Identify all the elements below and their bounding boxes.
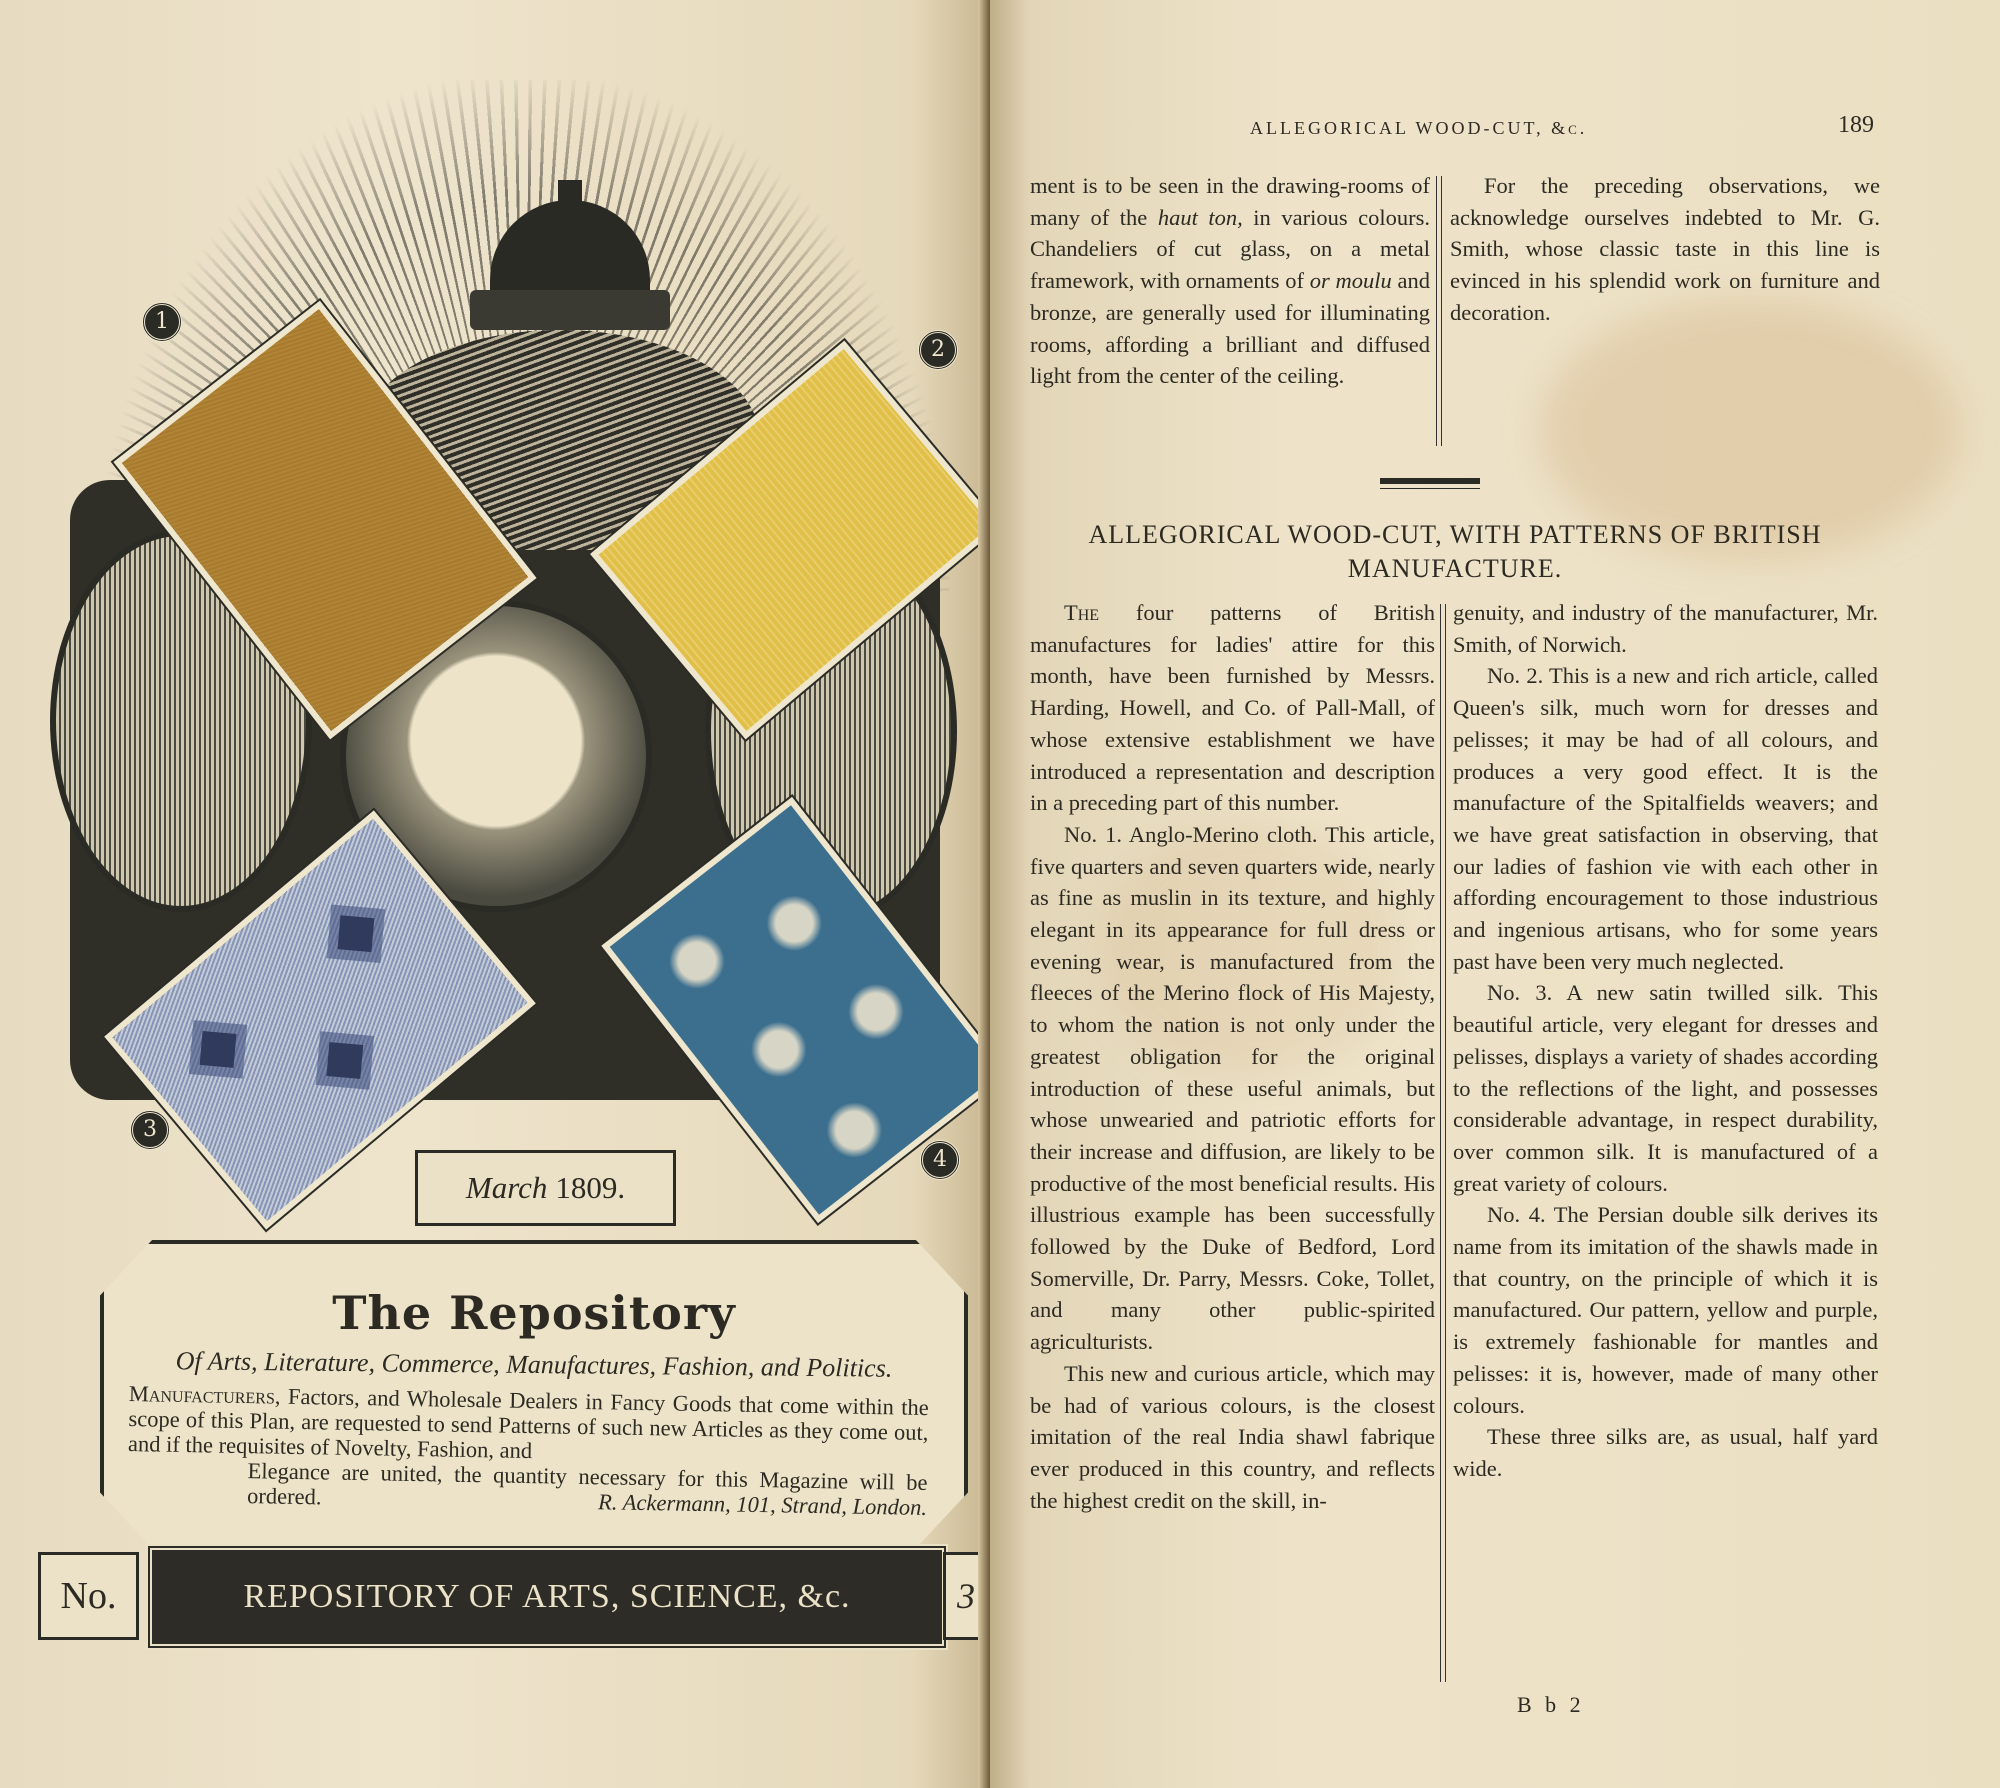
date-year: 1809. [555,1170,625,1206]
plate-number-2: 2 [918,330,958,370]
footer-no-label: No. [38,1552,139,1640]
crown-icon [470,180,670,330]
article-column-left: The four patterns of British manufacture… [1030,597,1435,1516]
footer-title: REPOSITORY OF ARTS, SCIENCE, &c. [146,1544,948,1650]
plate-number-3: 3 [130,1110,170,1150]
continued-text-column: ment is to be seen in the drawing-rooms … [1030,170,1430,392]
issue-footer-bar: No. REPOSITORY OF ARTS, SCIENCE, &c. 3 [38,1540,968,1645]
pattern-4-description: No. 4. The Persian double silk derives i… [1453,1199,1878,1421]
plate-number-4: 4 [920,1140,960,1180]
acknowledgement-column: For the preceding observations, we ackno… [1450,170,1880,329]
running-head: ALLEGORICAL WOOD-CUT, &c. [1250,118,1587,139]
notice-subtitle: Of Arts, Literature, Commerce, Manufactu… [104,1345,964,1384]
pattern-2-description: No. 2. This is a new and rich article, c… [1453,660,1878,977]
book-spread: 1 2 3 4 March 1809. The Repository Of Ar… [0,0,2000,1788]
allegorical-woodcut: 1 2 3 4 March 1809. [40,60,970,1300]
column-rule [1436,176,1442,446]
repository-notice-box: The Repository Of Arts, Literature, Comm… [100,1240,968,1548]
pattern-3-description: No. 3. A new satin twilled silk. This be… [1453,977,1878,1199]
notice-title: The Repository [104,1286,964,1340]
date-month: March [466,1170,548,1206]
article-column-right: genuity, and industry of the manufacture… [1453,597,1878,1485]
notice-body: Manufacturers, Factors, and Wholesale De… [127,1381,929,1520]
left-page-plate: 1 2 3 4 March 1809. The Repository Of Ar… [0,0,990,1788]
column-rule [1440,604,1446,1682]
article-title: ALLEGORICAL WOOD-CUT, WITH PATTERNS OF B… [1030,518,1880,586]
date-plate: March 1809. [415,1150,676,1226]
page-number: 189 [1838,112,1874,139]
section-divider [1380,478,1480,492]
signature-mark: B b 2 [1517,1692,1585,1718]
plate-number-1: 1 [142,302,182,342]
pattern-1-description: No. 1. Anglo-Merino cloth. This article,… [1030,819,1435,1358]
